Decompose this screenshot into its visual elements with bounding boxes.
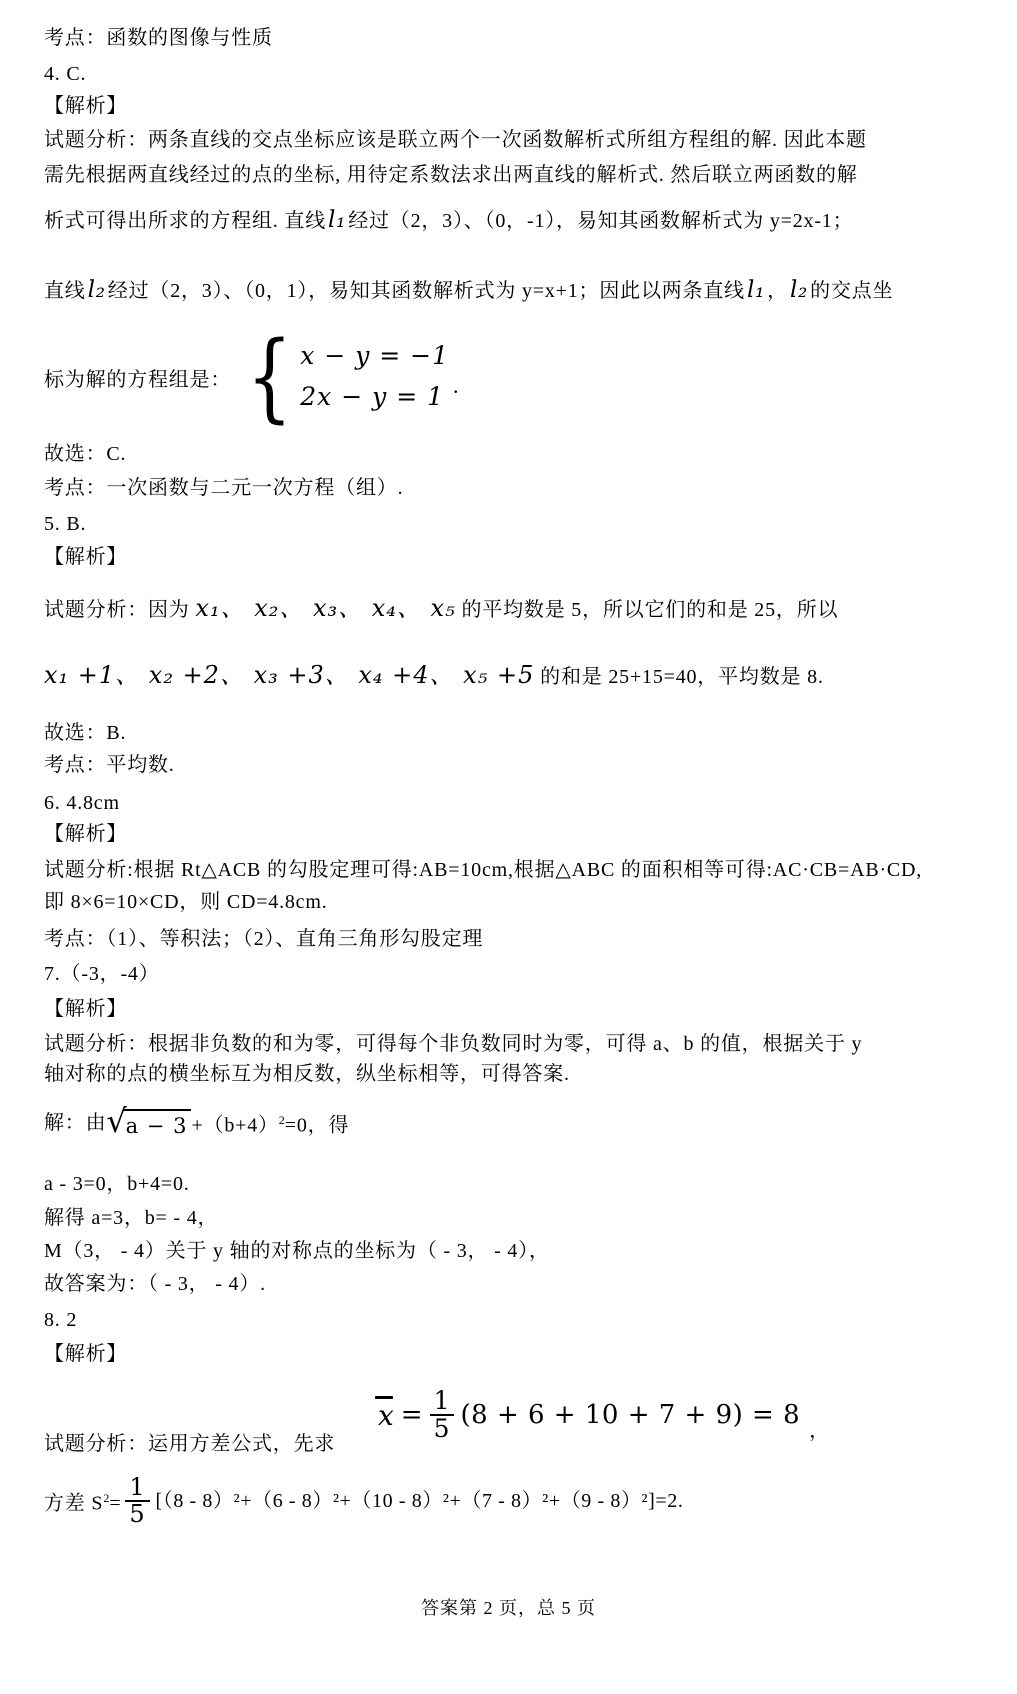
equation-1: x − y = −1: [300, 342, 449, 371]
line-q4-kaodian: 考点：一次函数与二元一次方程（组）.: [44, 474, 403, 502]
line-q5-kaodian: 考点：平均数.: [44, 751, 175, 779]
line-q4-analysis-3: 析式可得出所求的方程组. 直线l₁经过（2，3）、（0，-1），易知其函数解析式…: [44, 206, 853, 235]
equals-sign: =: [109, 1493, 121, 1515]
line-q7-step-3: M（3， - 4）关于 y 轴的对称点的坐标为（ - 3， - 4），: [44, 1237, 550, 1265]
text-segment: 的平均数是 5，所以它们的和是 25，所以: [456, 599, 839, 621]
numerator: 1: [125, 1475, 149, 1500]
line-q7-jiexi-label: 【解析】: [44, 995, 127, 1023]
line-q7-analysis-1: 试题分析：根据非负数的和为零，可得每个非负数同时为零，可得 a、b 的值，根据关…: [44, 1030, 862, 1058]
math-var-l1: l₁: [745, 277, 767, 303]
line-q5-jiexi-label: 【解析】: [44, 543, 127, 571]
denominator: 5: [430, 1414, 454, 1442]
line-q4-answer: 4. C.: [44, 60, 86, 88]
line-q5-analysis-1: 试题分析：因为 x₁、 x₂、 x₃、 x₄、 x₅ 的平均数是 5，所以它们的…: [44, 594, 838, 624]
text-segment: 的和是 25+15=40，平均数是 8.: [534, 666, 823, 688]
line-q5-choose: 故选：B.: [44, 719, 126, 747]
line-q7-analysis-2: 轴对称的点的横坐标互为相反数，纵坐标相等，可得答案.: [44, 1060, 570, 1088]
math-sequence-x1p1-x5p5: x₁ +1、 x₂ +2、 x₃ +3、 x₄ +4、 x₅ +5: [44, 661, 534, 689]
line-q6-analysis-1: 试题分析:根据 Rt△ACB 的勾股定理可得:AB=10cm,根据△ABC 的面…: [44, 856, 922, 884]
equation-column: x − y = −1 2x − y = 1: [300, 342, 449, 412]
text-segment: 经过（2，3）、（0，1），易知其函数解析式为 y=x+1；因此以两条直线: [108, 280, 745, 302]
math-var-l1: l₁: [326, 207, 348, 233]
line-q8-analysis-text: 试题分析：运用方差公式，先求: [44, 1430, 335, 1458]
overline-bar: [375, 1396, 393, 1399]
line-q4-jiexi-label: 【解析】: [44, 92, 127, 120]
period: .: [449, 373, 459, 399]
variance-prefix: 方差 S2=: [44, 1484, 121, 1518]
square-root-expression: √ a − 3: [106, 1106, 191, 1140]
radicand: a − 3: [124, 1109, 192, 1140]
line-q8-answer: 8. 2: [44, 1306, 77, 1334]
math-var-x: x: [378, 1399, 394, 1432]
line-q7-step-1: a - 3=0，b+4=0.: [44, 1170, 190, 1198]
line-q6-kaodian: 考点：（1）、等积法；（2）、直角三角形勾股定理: [44, 925, 483, 953]
equals-sign: =: [401, 1400, 423, 1430]
fraction-one-fifth: 1 5: [125, 1475, 149, 1527]
text-segment: 解：由: [44, 1109, 106, 1137]
page-footer: 答案第 2 页，总 5 页: [0, 1594, 1017, 1620]
text-segment: 方差 S: [44, 1493, 103, 1515]
numerator: 1: [430, 1388, 454, 1414]
equation-2: 2x − y = 1: [300, 383, 449, 412]
line-q6-analysis-2: 即 8×6=10×CD，则 CD=4.8cm.: [44, 888, 328, 916]
text-segment: =0，得: [285, 1115, 349, 1137]
math-text-group: +（b+4）2=0，得: [191, 1106, 349, 1140]
left-brace: {: [247, 338, 293, 416]
text-segment: 经过（2，3）、（0，-1），易知其函数解析式为 y=2x-1；: [348, 210, 853, 232]
line-q4-analysis-4: 直线l₂经过（2，3）、（0，1），易知其函数解析式为 y=x+1；因此以两条直…: [44, 276, 893, 305]
math-sequence-x1-x5: x₁、 x₂、 x₃、 x₄、 x₅: [195, 594, 455, 622]
q7-solution-equation: 解：由 √ a − 3 +（b+4）2=0，得: [44, 1106, 349, 1140]
line-q6-jiexi-label: 【解析】: [44, 820, 127, 848]
variance-expansion: [（8 - 8）²+（6 - 8）²+（10 - 8）²+（7 - 8）²+（9…: [156, 1487, 684, 1515]
math-var-l2: l₂: [788, 277, 810, 303]
line-q5-answer: 5. B.: [44, 510, 86, 538]
math-var-l2: l₂: [86, 277, 108, 303]
text-segment: 析式可得出所求的方程组. 直线: [44, 210, 326, 232]
text-segment: 的交点坐: [810, 280, 893, 302]
text-segment: 试题分析：因为: [44, 599, 195, 621]
line-q7-answer: 7.（-3，-4）: [44, 960, 160, 988]
line-q4-analysis-1: 试题分析：两条直线的交点坐标应该是联立两个一次函数解析式所组方程组的解. 因此本…: [44, 126, 867, 154]
x-bar: x: [378, 1399, 394, 1432]
comma: ，: [807, 1414, 829, 1443]
line-q7-conclusion: 故答案为：（ - 3， - 4）.: [44, 1270, 266, 1298]
text-segment: ，: [767, 280, 788, 302]
sum-expression: (8 + 6 + 10 + 7 + 9) = 8: [461, 1400, 801, 1430]
line-q4-analysis-2: 需先根据两直线经过的点的坐标, 用待定系数法求出两直线的解析式. 然后联立两函数…: [44, 161, 858, 189]
line-q8-jiexi-label: 【解析】: [44, 1340, 127, 1368]
denominator: 5: [125, 1500, 149, 1527]
line-q4-choose: 故选：C.: [44, 440, 126, 468]
text-segment: +（b+4）: [191, 1115, 278, 1137]
q8-mean-formula: x = 1 5 (8 + 6 + 10 + 7 + 9) = 8 ，: [378, 1388, 829, 1443]
line-q7-step-2: 解得 a=3，b= - 4，: [44, 1204, 218, 1232]
fraction-one-fifth: 1 5: [430, 1388, 454, 1443]
line-q6-answer: 6. 4.8cm: [44, 789, 120, 817]
q8-variance-formula: 方差 S2= 1 5 [（8 - 8）²+（6 - 8）²+（10 - 8）²+…: [44, 1475, 684, 1527]
answer-document-page: { "colors": {"background": "#ffffff", "t…: [0, 0, 1017, 1694]
text-segment: 直线: [44, 280, 86, 302]
text-segment: 标为解的方程组是：: [44, 363, 231, 392]
line-q5-analysis-2: x₁ +1、 x₂ +2、 x₃ +3、 x₄ +4、 x₅ +5 的和是 25…: [44, 661, 824, 691]
q4-equation-system: 标为解的方程组是： { x − y = −1 2x − y = 1 .: [44, 338, 459, 416]
line-kaodian-q3: 考点：函数的图像与性质: [44, 24, 273, 52]
